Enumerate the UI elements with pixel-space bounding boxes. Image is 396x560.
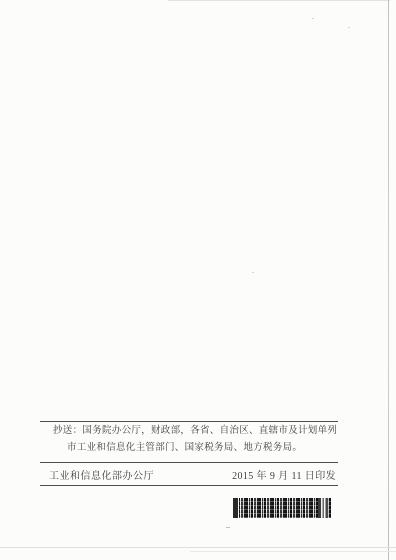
scan-edge-top: [168, 0, 390, 1]
scan-speck: [312, 18, 314, 19]
barcode-icon: [233, 498, 331, 518]
cc-line: 市工业和信息化主管部门、国家税务局、地方税务局。: [67, 442, 302, 454]
scan-speck: [226, 527, 230, 528]
scan-speck: [252, 272, 254, 273]
footer-divider-bottom: [40, 485, 338, 486]
scan-edge-bottom: [0, 547, 396, 548]
print-date: 2015 年 9 月 11 日印发: [232, 467, 336, 482]
scan-speck: [348, 27, 350, 28]
footer-divider-middle: [40, 462, 338, 463]
scan-edge-right: [388, 0, 389, 560]
issuing-office: 工业和信息化部办公厅: [49, 467, 154, 482]
cc-line: 抄送：国务院办公厅，财政部，各省、自治区、直辖市及计划单列: [53, 425, 337, 437]
footer-divider-top: [40, 421, 338, 422]
scan-edge-bottom-shadow: [190, 551, 396, 552]
document-page: 抄送：国务院办公厅，财政部，各省、自治区、直辖市及计划单列 市工业和信息化主管部…: [0, 0, 396, 560]
